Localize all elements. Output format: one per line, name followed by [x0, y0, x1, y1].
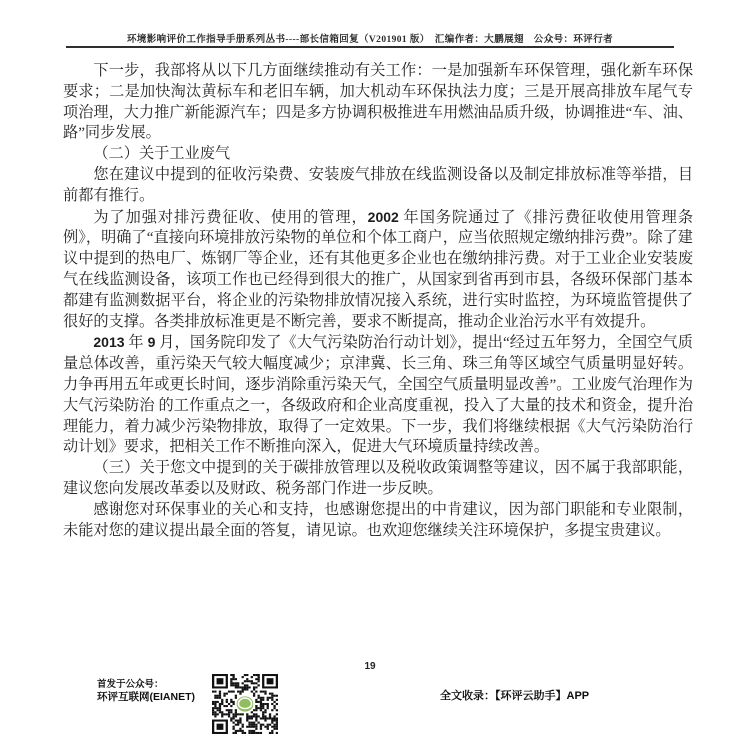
footer-app-note: 全文收录：【环评云助手】APP [440, 687, 589, 703]
year-number: 2013 [93, 334, 124, 350]
document-page: 环境影响评价工作指导手册系列丛书----部长信箱回复（V201901 版） 汇编… [0, 0, 740, 740]
footer-publisher-block: 首发于公众号： 环评互联网(EIANET) [97, 678, 195, 704]
header-rule [66, 46, 674, 48]
paragraph-pollution-fee: 为了加强对排污费征收、使用的管理，2002 年国务院通过了《排污费征收使用管理条… [63, 207, 693, 333]
paragraph-text: 月，国务院印发了《大气污染防治行动计划》，提出“经过五年努力，全国空气质量总体改… [63, 334, 693, 455]
page-header-title: 环境影响评价工作指导手册系列丛书----部长信箱回复（V201901 版） 汇编… [0, 31, 740, 45]
paragraph-next-steps: 下一步，我部将从以下几方面继续推动有关工作：一是加强新车环保管理，强化新车环保要… [63, 61, 693, 144]
footer-publisher-line2: 环评互联网(EIANET) [97, 691, 195, 704]
paragraph-text: 年 [125, 334, 148, 351]
section-heading-industrial-gas: （二）关于工业废气 [63, 144, 693, 165]
section-heading-carbon-tax: （三）关于您文中提到的关于碳排放管理以及税收政策调整等建议，因不属于我部职能，建… [63, 458, 693, 500]
paragraph-text: 年国务院通过了《排污费征收使用管理条例》，明确了“直接向环境排放污染物的单位和个… [63, 209, 693, 330]
year-number: 2002 [368, 209, 399, 225]
paragraph-text: 为了加强对排污费征收、使用的管理， [93, 209, 367, 226]
paragraph-thanks: 感谢您对环保事业的关心和支持，也感谢您提出的中肯建议，因为部门职能和专业限制，未… [63, 500, 693, 542]
footer-publisher-line1: 首发于公众号： [97, 678, 195, 691]
qr-code-icon [212, 674, 278, 734]
page-number: 19 [0, 661, 740, 672]
paragraph-measures: 您在建议中提到的征收污染费、安装废气排放在线监测设备以及制定排放标准等举措，目前… [63, 165, 693, 207]
paragraph-action-plan: 2013 年 9 月，国务院印发了《大气污染防治行动计划》，提出“经过五年努力，… [63, 332, 693, 458]
document-body: 下一步，我部将从以下几方面继续推动有关工作：一是加强新车环保管理，强化新车环保要… [63, 61, 693, 541]
